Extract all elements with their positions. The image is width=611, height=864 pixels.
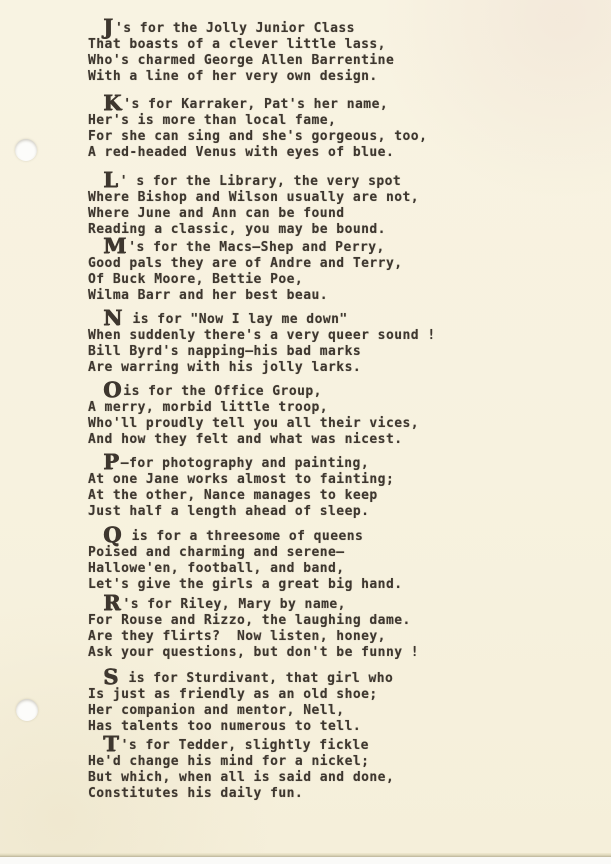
poem-line: Her companion and mentor, Nell, — [88, 703, 568, 719]
poem-stanza-r: R's for Riley, Mary by name, For Rouse a… — [88, 597, 568, 661]
poem-line: At the other, Nance manages to keep — [88, 488, 568, 504]
poem-stanza-k: K's for Karraker, Pat's her name, Her's … — [88, 97, 568, 161]
poem-line: Is just as friendly as an old shoe; — [88, 687, 568, 703]
poem-stanza-l: L' s for the Library, the very spot Wher… — [88, 174, 568, 238]
poem-line: S is for Sturdivant, that girl who — [88, 671, 568, 687]
poem-line: T's for Tedder, slightly fickle — [88, 738, 568, 754]
poem-line: J's for the Jolly Junior Class — [88, 21, 568, 37]
poem-stanza-j: J's for the Jolly Junior Class That boas… — [88, 21, 568, 85]
poem-line: He'd change his mind for a nickel; — [88, 754, 568, 770]
poem-line: Where Bishop and Wilson usually are not, — [88, 190, 568, 206]
poem-body: J's for the Jolly Junior Class That boas… — [88, 21, 568, 810]
poem-line: For Rouse and Rizzo, the laughing dame. — [88, 613, 568, 629]
poem-stanza-t: T's for Tedder, slightly fickle He'd cha… — [88, 738, 568, 802]
poem-line: Her's is more than local fame, — [88, 113, 568, 129]
poem-line: Just half a length ahead of sleep. — [88, 504, 568, 520]
poem-line: With a line of her very own design. — [88, 69, 568, 85]
poem-stanza-o: Ois for the Office Group, A merry, morbi… — [88, 384, 568, 448]
poem-line: Ask your questions, but don't be funny ! — [88, 645, 568, 661]
poem-line: For she can sing and she's gorgeous, too… — [88, 129, 568, 145]
poem-line: But which, when all is said and done, — [88, 770, 568, 786]
poem-line: A merry, morbid little troop, — [88, 400, 568, 416]
poem-line-text: is for the Office Group, — [123, 384, 322, 399]
poem-line: At one Jane works almost to fainting; — [88, 472, 568, 488]
poem-line: And how they felt and what was nicest. — [88, 432, 568, 448]
page-bottom-edge — [0, 853, 611, 857]
poem-line: Are they flirts? Now listen, honey, — [88, 629, 568, 645]
poem-stanza-s: S is for Sturdivant, that girl who Is ju… — [88, 671, 568, 735]
scanned-document-view: J's for the Jolly Junior Class That boas… — [0, 0, 611, 864]
poem-line: R's for Riley, Mary by name, — [88, 597, 568, 613]
poem-line: Q is for a threesome of queens — [88, 529, 568, 545]
poem-line: That boasts of a clever little lass, — [88, 37, 568, 53]
poem-stanza-p: P—for photography and painting, At one J… — [88, 456, 568, 520]
poem-line-text: 's for the Jolly Junior Class — [115, 21, 355, 36]
poem-line: M's for the Macs—Shep and Perry, — [88, 240, 568, 256]
poem-line: Good pals they are of Andre and Terry, — [88, 256, 568, 272]
poem-line: Wilma Barr and her best beau. — [88, 288, 568, 304]
poem-line: Let's give the girls a great big hand. — [88, 577, 568, 593]
poem-line: L' s for the Library, the very spot — [88, 174, 568, 190]
poem-line: Ois for the Office Group, — [88, 384, 568, 400]
poem-stanza-q: Q is for a threesome of queens Poised an… — [88, 529, 568, 593]
hole-punch-bottom — [16, 699, 38, 721]
poem-line-text: ' s for the Library, the very spot — [120, 174, 401, 189]
poem-line-text: 's for Karraker, Pat's her name, — [123, 97, 388, 112]
poem-line: Who'll proudly tell you all their vices, — [88, 416, 568, 432]
poem-line: Reading a classic, you may be bound. — [88, 222, 568, 238]
poem-line: Who's charmed George Allen Barrentine — [88, 53, 568, 69]
poem-line-text: is for Sturdivant, that girl who — [120, 671, 393, 686]
poem-line: N is for "Now I lay me down" — [88, 312, 568, 328]
poem-line: Poised and charming and serene— — [88, 545, 568, 561]
poem-line-text: 's for Riley, Mary by name, — [122, 597, 345, 612]
poem-line-text: 's for Tedder, slightly fickle — [121, 738, 369, 753]
poem-line: Bill Byrd's napping—his bad marks — [88, 344, 568, 360]
poem-stanza-m: M's for the Macs—Shep and Perry, Good pa… — [88, 240, 568, 304]
poem-line: Of Buck Moore, Bettie Poe, — [88, 272, 568, 288]
poem-line: A red-headed Venus with eyes of blue. — [88, 145, 568, 161]
poem-line: Hallowe'en, football, and band, — [88, 561, 568, 577]
hole-punch-top — [15, 139, 37, 161]
document-page: J's for the Jolly Junior Class That boas… — [0, 0, 611, 853]
poem-stanza-n: N is for "Now I lay me down" When sudden… — [88, 312, 568, 376]
poem-line: Where June and Ann can be found — [88, 206, 568, 222]
poem-line: P—for photography and painting, — [88, 456, 568, 472]
poem-line: When suddenly there's a very queer sound… — [88, 328, 568, 344]
poem-line: Are warring with his jolly larks. — [88, 360, 568, 376]
poem-line: Constitutes his daily fun. — [88, 786, 568, 802]
poem-line-text: —for photography and painting, — [121, 456, 369, 471]
poem-line-text: 's for the Macs—Shep and Perry, — [128, 240, 385, 255]
poem-line: Has talents too numerous to tell. — [88, 719, 568, 735]
poem-line: K's for Karraker, Pat's her name, — [88, 97, 568, 113]
poem-line-text: is for a threesome of queens — [123, 529, 363, 544]
poem-line-text: is for "Now I lay me down" — [124, 312, 347, 327]
